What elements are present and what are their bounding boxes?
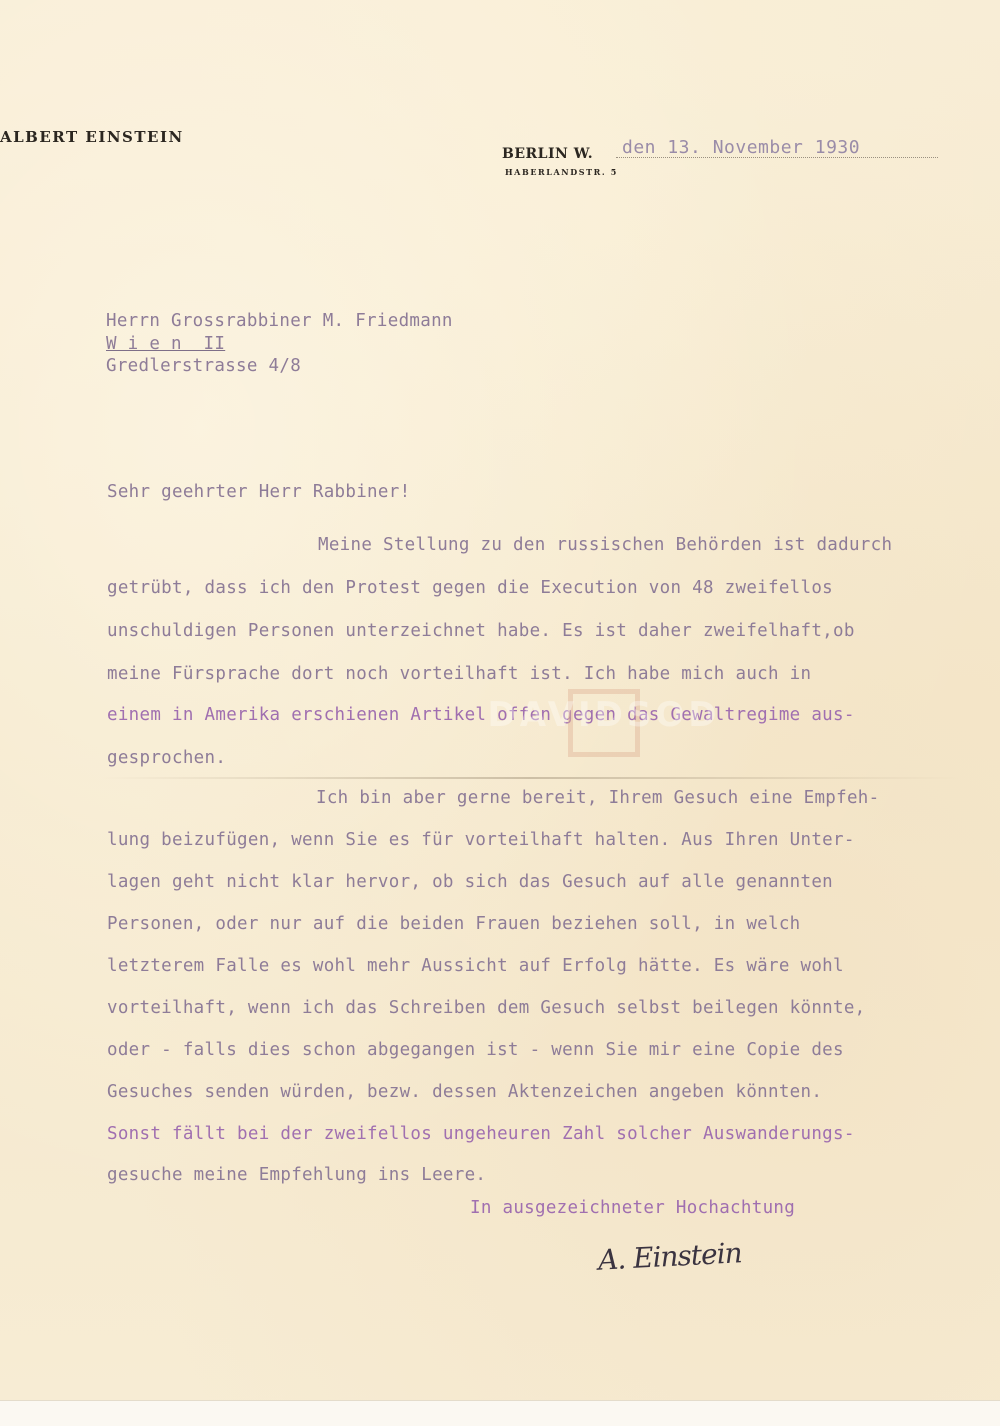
body-line: gesuche meine Empfehlung ins Leere. xyxy=(107,1165,486,1185)
recipient-street: Gredlerstrasse 4/8 xyxy=(106,356,301,376)
body-line: getrübt, dass ich den Protest gegen die … xyxy=(107,578,833,598)
letterhead-name: ALBERT EINSTEIN xyxy=(0,128,184,146)
body-line: Personen, oder nur auf die beiden Frauen… xyxy=(107,914,801,934)
recipient-name: Herrn Grossrabbiner M. Friedmann xyxy=(106,311,453,331)
watermark: DAVIDSOD xyxy=(474,680,734,750)
page-bottom-edge xyxy=(0,1400,1000,1426)
body-line: Meine Stellung zu den russischen Behörde… xyxy=(318,535,892,555)
body-line: Gesuches senden würden, bezw. dessen Akt… xyxy=(107,1082,822,1102)
body-line: oder - falls dies schon abgegangen ist -… xyxy=(107,1040,844,1060)
body-line: vorteilhaft, wenn ich das Schreiben dem … xyxy=(107,998,866,1018)
body-line: Sonst fällt bei der zweifellos ungeheure… xyxy=(107,1124,855,1144)
body-line: Ich bin aber gerne bereit, Ihrem Gesuch … xyxy=(316,788,879,808)
body-line: lagen geht nicht klar hervor, ob sich da… xyxy=(107,872,833,892)
paper-fold xyxy=(100,777,960,779)
salutation: Sehr geehrter Herr Rabbiner! xyxy=(107,482,410,502)
recipient-city: W i e n II xyxy=(106,334,225,354)
closing: In ausgezeichneter Hochachtung xyxy=(470,1198,795,1218)
letterhead-street: HABERLANDSTR. 5 xyxy=(505,167,618,177)
letterhead-city: BERLIN W. xyxy=(502,146,593,162)
letter-date: den 13. November 1930 xyxy=(622,137,860,158)
body-line: lung beizufügen, wenn Sie es für vorteil… xyxy=(107,830,855,850)
body-line: gesprochen. xyxy=(107,748,226,768)
body-line: unschuldigen Personen unterzeichnet habe… xyxy=(107,621,855,641)
body-line: letzterem Falle es wohl mehr Aussicht au… xyxy=(107,956,844,976)
